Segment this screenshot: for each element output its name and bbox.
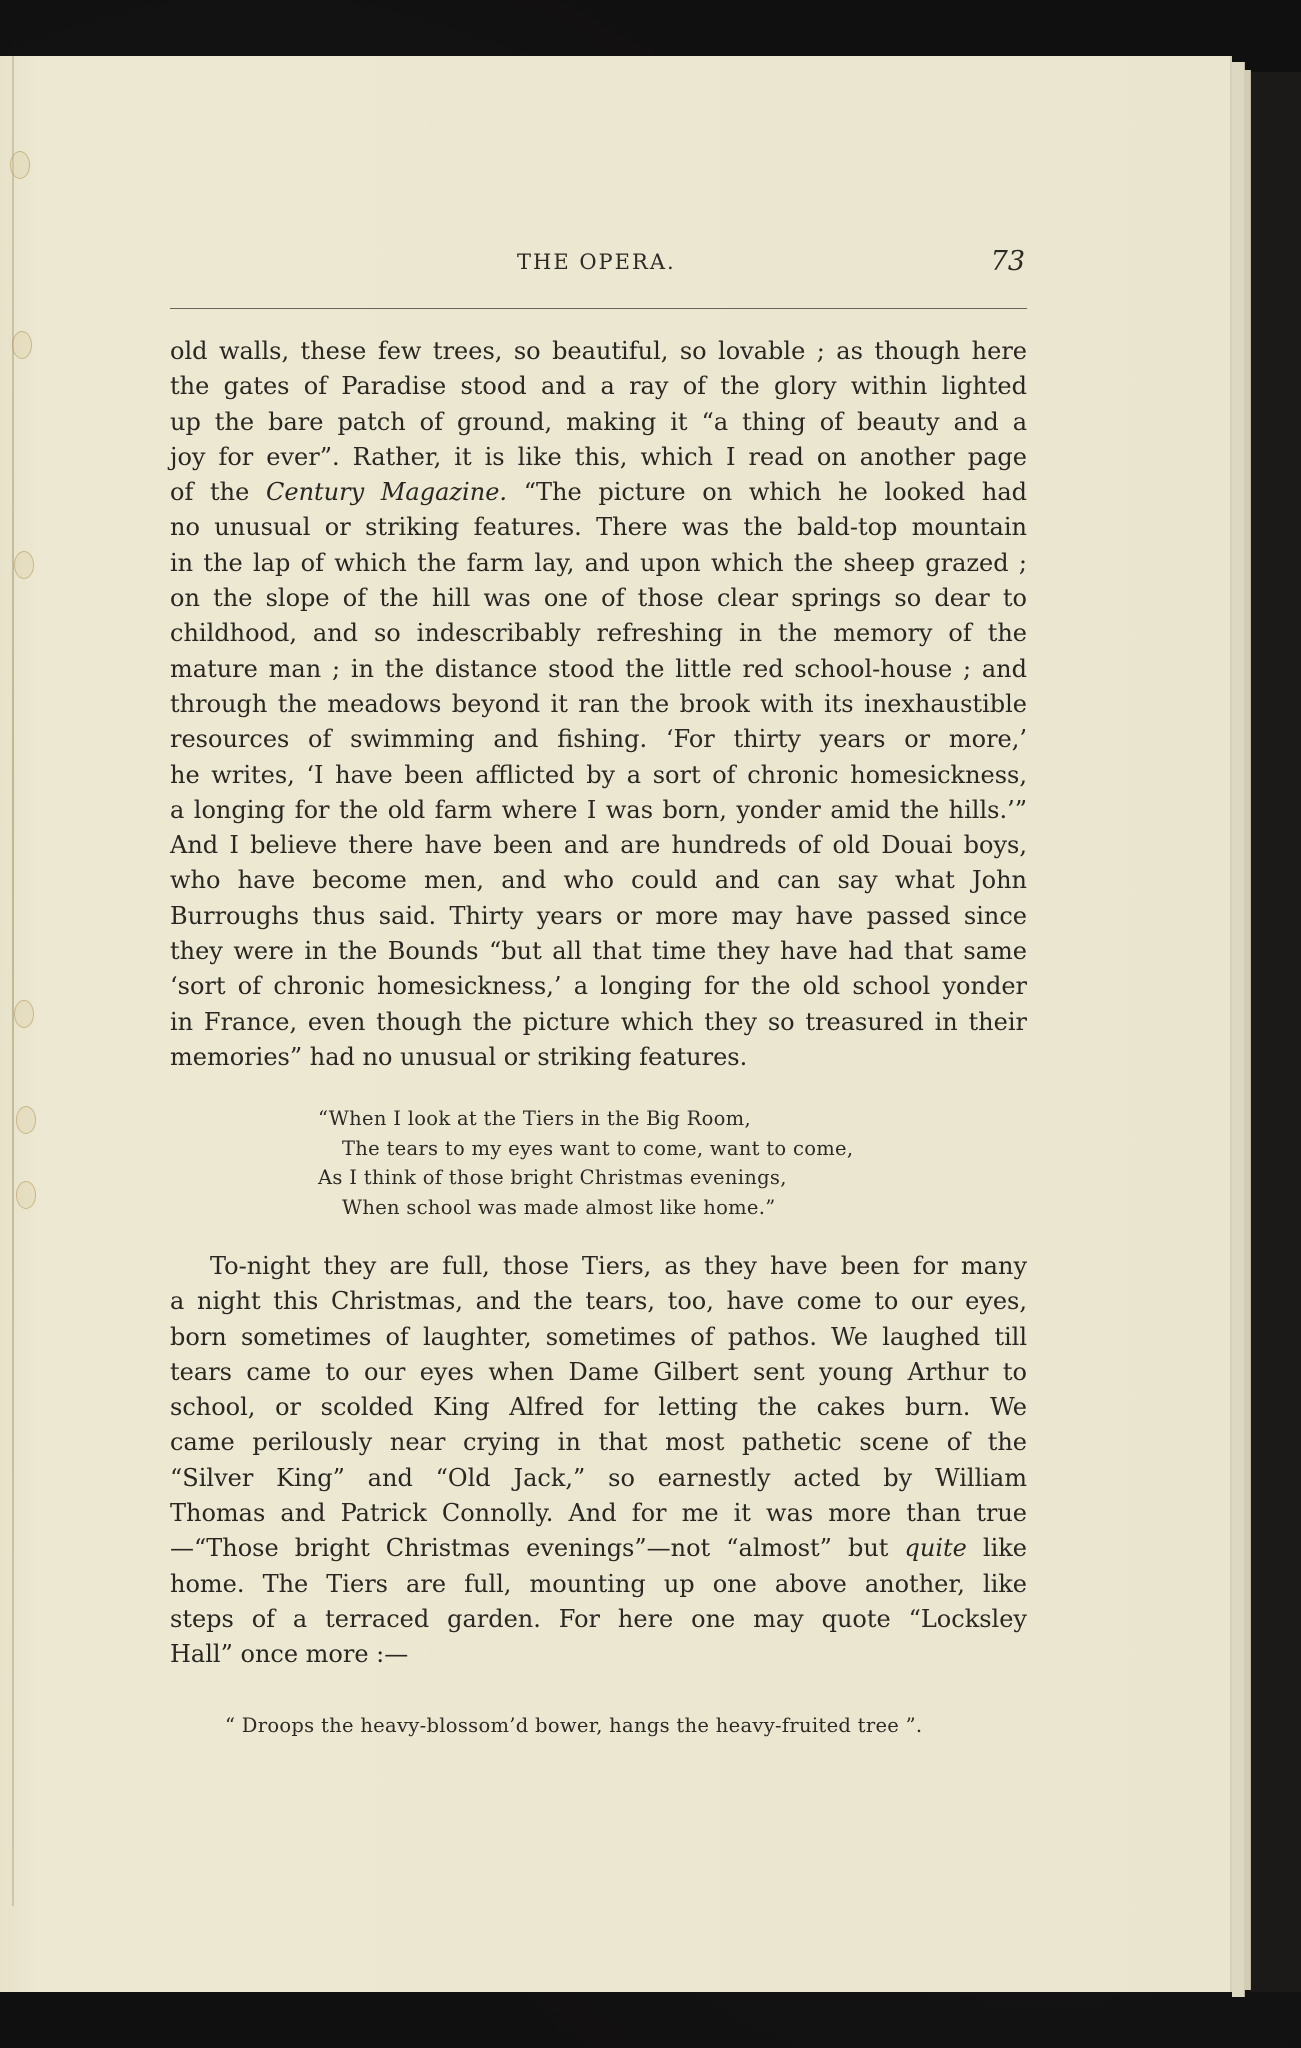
text-line: home. The Tiers are full, mounting up on…: [170, 1567, 1027, 1602]
text-line: tears came to our eyes when Dame Gilbert…: [170, 1355, 1027, 1390]
header-rule: [170, 308, 1027, 309]
text-line: born sometimes of laughter, sometimes of…: [170, 1320, 1027, 1355]
text-line: —“Those bright Christmas evenings”—not “…: [170, 1531, 1027, 1566]
text-line: “Silver King” and “Old Jack,” so earnest…: [170, 1461, 1027, 1496]
binding-stain: [16, 1106, 36, 1134]
text-line: in the lap of which the farm lay, and up…: [170, 546, 1027, 581]
binding-stain: [16, 1181, 36, 1209]
book-cover-edge: [1250, 72, 1301, 1992]
binding-stain: [10, 151, 30, 179]
text-line: a longing for the old farm where I was b…: [170, 793, 1027, 828]
text-line: old walls, these few trees, so beautiful…: [170, 334, 1027, 369]
text-line: childhood, and so indescribably refreshi…: [170, 616, 1027, 651]
binding-stain: [12, 331, 32, 359]
poem-line: When school was made almost like home.”: [318, 1193, 853, 1223]
page-stack-edge: [1244, 70, 1251, 1990]
tennyson-quote: “ Droops the heavy-blossom’d bower, hang…: [225, 1714, 922, 1737]
text-line: Thomas and Patrick Connolly. And for me …: [170, 1496, 1027, 1531]
text-line: on the slope of the hill was one of thos…: [170, 581, 1027, 616]
binding-stain: [14, 1000, 34, 1028]
text-line: And I believe there have been and are hu…: [170, 828, 1027, 863]
text-line: a night this Christmas, and the tears, t…: [170, 1284, 1027, 1319]
text-line: through the meadows beyond it ran the br…: [170, 687, 1027, 722]
poem-line: As I think of those bright Christmas eve…: [318, 1163, 853, 1193]
text-line: he writes, ‘I have been afflicted by a s…: [170, 758, 1027, 793]
paragraph-1: old walls, these few trees, so beautiful…: [170, 334, 1027, 1075]
text-line: up the bare patch of ground, making it “…: [170, 405, 1027, 440]
text-line: they were in the Bounds “but all that ti…: [170, 934, 1027, 969]
poem-line: “When I look at the Tiers in the Big Roo…: [318, 1104, 853, 1134]
poem-quote: “When I look at the Tiers in the Big Roo…: [318, 1104, 853, 1223]
paragraph-2: To-night they are full, those Tiers, as …: [170, 1249, 1027, 1673]
page-number: 73: [991, 246, 1025, 277]
binding-gutter: [12, 56, 14, 1906]
text-line: Burroughs thus said. Thirty years or mor…: [170, 899, 1027, 934]
text-line: who have become men, and who could and c…: [170, 863, 1027, 898]
text-line: joy for ever”. Rather, it is like this, …: [170, 440, 1027, 475]
text-line: resources of swimming and fishing. ‘For …: [170, 722, 1027, 757]
text-line: the gates of Paradise stood and a ray of…: [170, 369, 1027, 404]
text-line: ‘sort of chronic homesickness,’ a longin…: [170, 969, 1027, 1004]
italic-title: Century Magazine.: [266, 478, 507, 506]
binding-stain: [14, 551, 34, 579]
poem-line: The tears to my eyes want to come, want …: [318, 1134, 853, 1164]
text-line: Hall” once more :—: [170, 1637, 1027, 1672]
running-head: THE OPERA. 73: [170, 246, 1027, 286]
text-line: To-night they are full, those Tiers, as …: [170, 1249, 1027, 1284]
text-line: mature man ; in the distance stood the l…: [170, 652, 1027, 687]
text-line: in France, even though the picture which…: [170, 1005, 1027, 1040]
text-line: memories” had no unusual or striking fea…: [170, 1040, 1027, 1075]
text-line: of the Century Magazine. “The picture on…: [170, 475, 1027, 510]
italic-emphasis: quite: [905, 1534, 967, 1562]
running-title: THE OPERA.: [517, 250, 676, 274]
text-line: no unusual or striking features. There w…: [170, 510, 1027, 545]
text-line: came perilously near crying in that most…: [170, 1425, 1027, 1460]
text-line: steps of a terraced garden. For here one…: [170, 1602, 1027, 1637]
text-line: school, or scolded King Alfred for letti…: [170, 1390, 1027, 1425]
